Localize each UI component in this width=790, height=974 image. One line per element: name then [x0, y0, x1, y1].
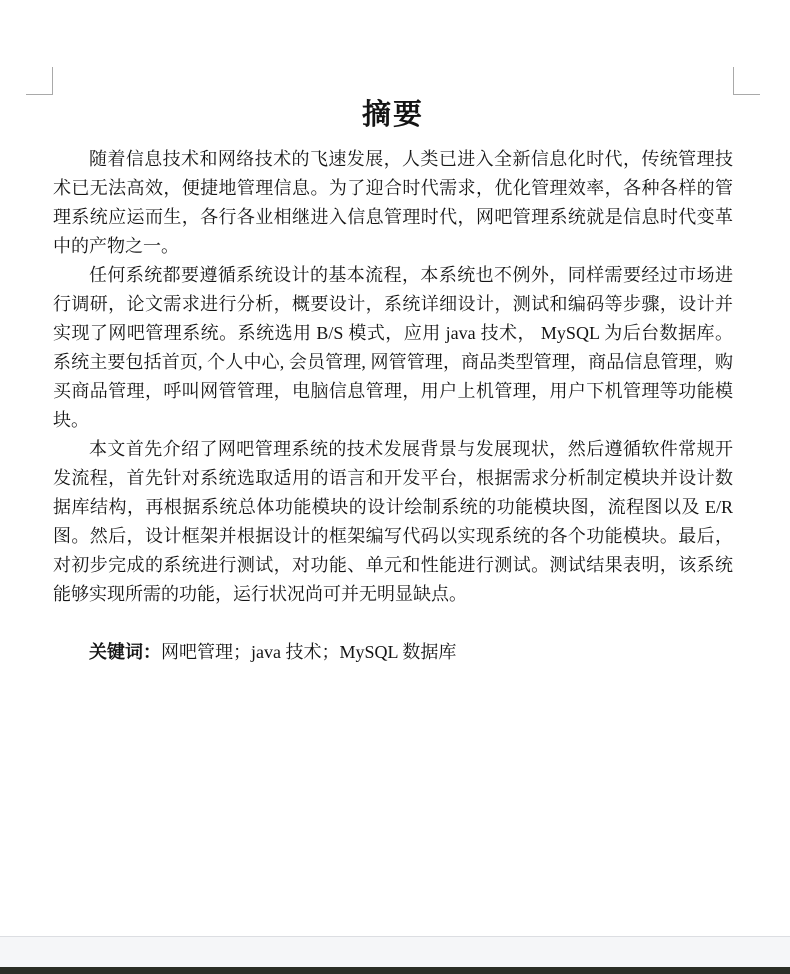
abstract-paragraph-2: 任何系统都要遵循系统设计的基本流程，本系统也不例外，同样需要经过市场进行调研，论… — [53, 261, 733, 435]
abstract-paragraph-1: 随着信息技术和网络技术的飞速发展，人类已进入全新信息化时代，传统管理技术已无法高… — [53, 145, 733, 261]
keywords-text: 网吧管理；java 技术；MySQL 数据库 — [161, 642, 456, 662]
keywords-label: 关键词： — [89, 642, 161, 662]
document-page: 摘要 随着信息技术和网络技术的飞速发展，人类已进入全新信息化时代，传统管理技术已… — [53, 95, 733, 667]
abstract-title: 摘要 — [53, 95, 733, 135]
window-footer-band — [0, 936, 790, 967]
keywords-line: 关键词：网吧管理；java 技术；MySQL 数据库 — [53, 638, 733, 667]
margin-crop-mark-top-right — [733, 67, 760, 95]
window-bottom-edge-bar — [0, 967, 790, 974]
margin-crop-mark-top-left — [26, 67, 53, 95]
abstract-paragraph-3: 本文首先介绍了网吧管理系统的技术发展背景与发展现状，然后遵循软件常规开发流程，首… — [53, 435, 733, 609]
